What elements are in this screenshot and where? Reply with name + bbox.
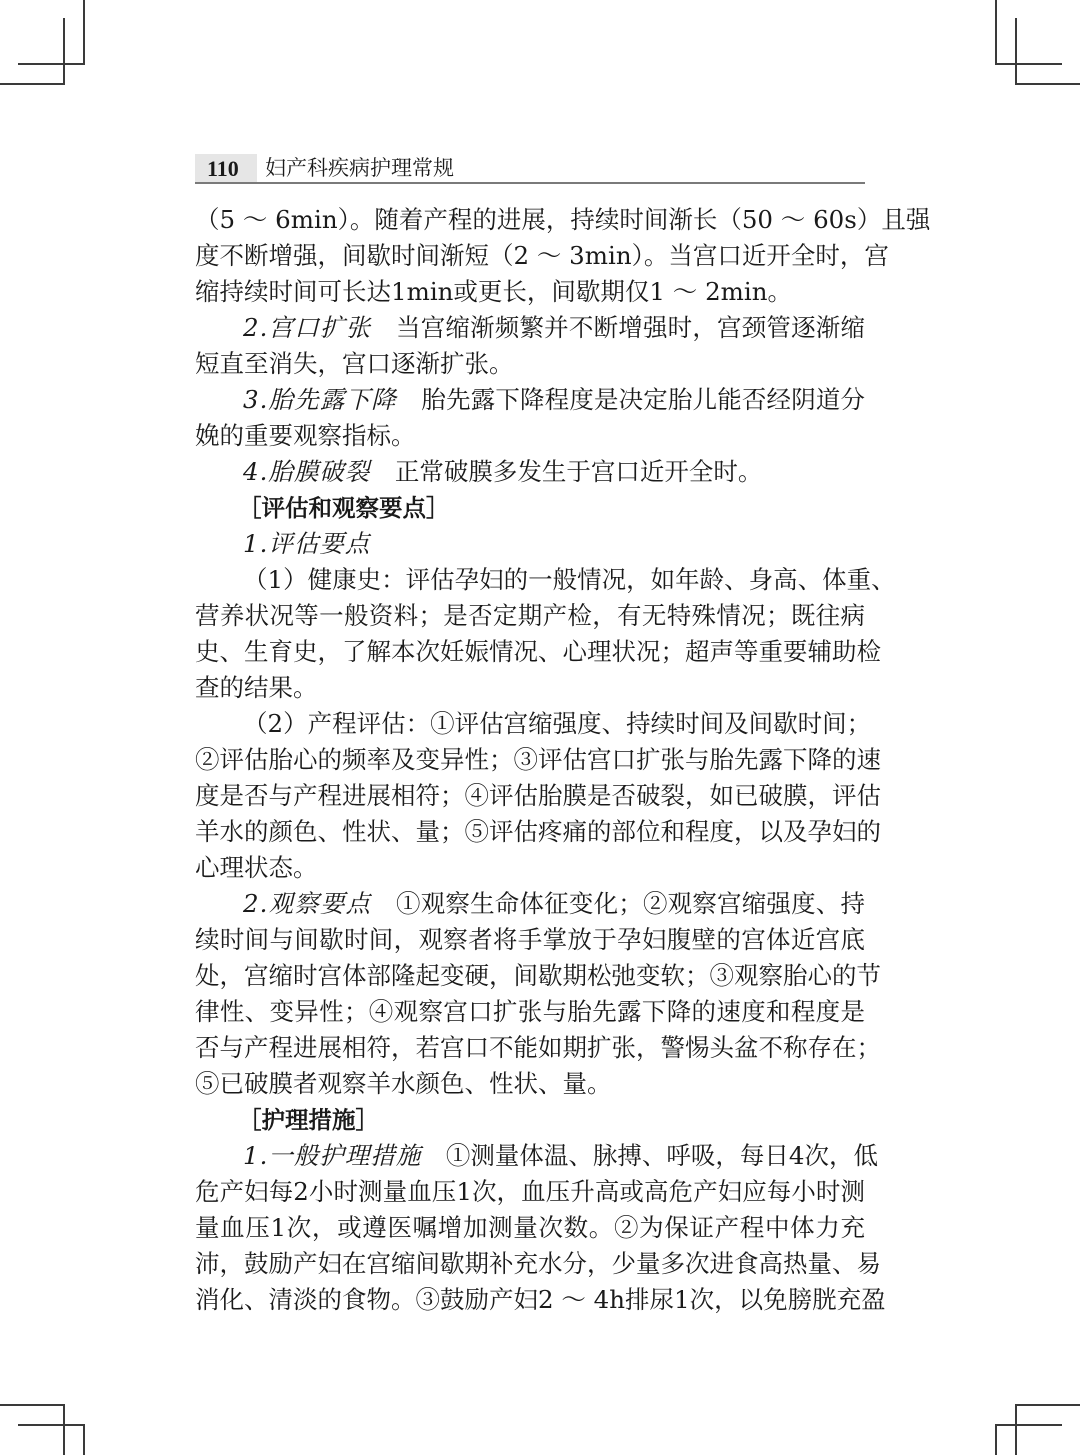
text-line: 2.宫口扩张 当宫缩渐频繁并不断增强时，宫颈管逐渐缩 [243, 310, 865, 346]
subheading-label: 4.胎膜破裂 [243, 457, 370, 486]
text-line: 1.评估要点 [243, 526, 865, 562]
text-line: 量血压1次，或遵医嘱增加测量次数。②为保证产程中体力充 [195, 1210, 865, 1246]
crop-mark [0, 1404, 65, 1406]
crop-mark [18, 63, 85, 65]
text-line: 史、生育史，了解本次妊娠情况、心理状况；超声等重要辅助检 [195, 634, 865, 670]
crop-mark [63, 1404, 65, 1455]
header-rule [195, 182, 865, 184]
running-head: 110 妇产科疾病护理常规 [195, 152, 865, 184]
line-text: 律性、变异性；④观察宫口扩张与胎先露下降的速度和程度是 [195, 997, 865, 1026]
subheading-label: 3.胎先露下降 [243, 385, 397, 414]
line-text: ①观察生命体征变化；②观察宫缩强度、持 [371, 889, 865, 918]
line-text: 短直至消失，宫口逐渐扩张。 [195, 349, 514, 378]
subheading-label: 2.宫口扩张 [243, 313, 371, 342]
line-text: 史、生育史，了解本次妊娠情况、心理状况；超声等重要辅助检 [195, 637, 881, 666]
line-text: （2）产程评估：①评估宫缩强度、持续时间及间歇时间； [243, 709, 871, 738]
text-line: ⑤已破膜者观察羊水颜色、性状、量。 [195, 1066, 865, 1102]
crop-mark [995, 1424, 997, 1455]
line-text: 消化、清淡的食物。③鼓励产妇2 ～ 4h排尿1次，以免膀胱充盈 [195, 1285, 886, 1314]
line-text: 缩持续时间可长达1min或更长，间歇期仅1 ～ 2min。 [195, 277, 792, 306]
text-line: 度是否与产程进展相符；④评估胎膜是否破裂，如已破膜，评估 [195, 778, 865, 814]
line-text: 胎先露下降程度是决定胎儿能否经阴道分 [397, 385, 865, 414]
text-line: （1）健康史：评估孕妇的一般情况，如年龄、身高、体重、 [243, 562, 865, 598]
text-line: 沛，鼓励产妇在宫缩间歇期补充水分，少量多次进食高热量、易 [195, 1246, 865, 1282]
line-text: ⑤已破膜者观察羊水颜色、性状、量。 [195, 1069, 612, 1098]
crop-mark [83, 1424, 85, 1455]
text-line: 消化、清淡的食物。③鼓励产妇2 ～ 4h排尿1次，以免膀胱充盈 [195, 1282, 865, 1318]
crop-mark [18, 1424, 85, 1426]
text-line: （2）产程评估：①评估宫缩强度、持续时间及间歇时间； [243, 706, 865, 742]
line-text: 危产妇每2小时测量血压1次，血压升高或高危产妇应每小时测 [195, 1177, 865, 1206]
text-line: 3.胎先露下降 胎先露下降程度是决定胎儿能否经阴道分 [243, 382, 865, 418]
line-text: 否与产程进展相符，若宫口不能如期扩张，警惕头盆不称存在； [195, 1033, 881, 1062]
line-text: 处，宫缩时宫体部隆起变硬，间歇期松弛变软；③观察胎心的节 [195, 961, 881, 990]
text-line: 心理状态。 [195, 850, 865, 886]
section-heading: ［护理措施］ [238, 1102, 865, 1138]
crop-mark [83, 0, 85, 65]
text-line: 度不断增强，间歇时间渐短（2 ～ 3min）。当宫口近开全时，宫 [195, 238, 865, 274]
line-text: （5 ～ 6min）。随着产程的进展，持续时间渐长（50 ～ 60s）且强 [195, 205, 930, 234]
crop-mark [0, 83, 65, 85]
text-line: 娩的重要观察指标。 [195, 418, 865, 454]
section-heading: ［评估和观察要点］ [238, 490, 865, 526]
text-line: 危产妇每2小时测量血压1次，血压升高或高危产妇应每小时测 [195, 1174, 865, 1210]
text-line: ②评估胎心的频率及变异性；③评估宫口扩张与胎先露下降的速 [195, 742, 865, 778]
line-text: 度是否与产程进展相符；④评估胎膜是否破裂，如已破膜，评估 [195, 781, 881, 810]
text-line: 续时间与间歇时间，观察者将手掌放于孕妇腹壁的宫体近宫底 [195, 922, 865, 958]
text-line: 律性、变异性；④观察宫口扩张与胎先露下降的速度和程度是 [195, 994, 865, 1030]
line-text: （1）健康史：评估孕妇的一般情况，如年龄、身高、体重、 [243, 565, 896, 594]
crop-mark [1015, 83, 1080, 85]
text-line: 1.一般护理措施 ①测量体温、脉搏、呼吸，每日4次，低 [243, 1138, 865, 1174]
crop-mark [995, 0, 997, 65]
crop-mark [63, 18, 65, 85]
line-text: 营养状况等一般资料；是否定期产检，有无特殊情况；既往病 [195, 601, 865, 630]
line-text: ①测量体温、脉搏、呼吸，每日4次，低 [421, 1141, 878, 1170]
section-heading-text: ［护理措施］ [238, 1106, 379, 1134]
section-heading-text: ［评估和观察要点］ [238, 494, 450, 522]
crop-mark [995, 1424, 1062, 1426]
line-text: 心理状态。 [195, 853, 318, 882]
line-text: 羊水的颜色、性状、量；⑤评估疼痛的部位和程度，以及孕妇的 [195, 817, 881, 846]
text-line: （5 ～ 6min）。随着产程的进展，持续时间渐长（50 ～ 60s）且强 [195, 202, 865, 238]
line-text: 度不断增强，间歇时间渐短（2 ～ 3min）。当宫口近开全时，宫 [195, 241, 889, 270]
subheading-label: 1.一般护理措施 [243, 1141, 421, 1170]
line-text: 娩的重要观察指标。 [195, 421, 416, 450]
text-line: 羊水的颜色、性状、量；⑤评估疼痛的部位和程度，以及孕妇的 [195, 814, 865, 850]
crop-mark [1015, 1404, 1080, 1406]
line-text: 沛，鼓励产妇在宫缩间歇期补充水分，少量多次进食高热量、易 [195, 1249, 881, 1278]
line-text: ②评估胎心的频率及变异性；③评估宫口扩张与胎先露下降的速 [195, 745, 881, 774]
text-line: 查的结果。 [195, 670, 865, 706]
text-line: 营养状况等一般资料；是否定期产检，有无特殊情况；既往病 [195, 598, 865, 634]
text-line: 处，宫缩时宫体部隆起变硬，间歇期松弛变软；③观察胎心的节 [195, 958, 865, 994]
subheading-label: 1.评估要点 [243, 529, 370, 558]
line-text: 量血压1次，或遵医嘱增加测量次数。②为保证产程中体力充 [195, 1213, 865, 1242]
line-text: 查的结果。 [195, 673, 318, 702]
line-text: 正常破膜多发生于宫口近开全时。 [370, 457, 762, 486]
crop-mark [1015, 1404, 1017, 1455]
text-line: 短直至消失，宫口逐渐扩张。 [195, 346, 865, 382]
text-line: 否与产程进展相符，若宫口不能如期扩张，警惕头盆不称存在； [195, 1030, 865, 1066]
text-line: 缩持续时间可长达1min或更长，间歇期仅1 ～ 2min。 [195, 274, 865, 310]
text-line: 4.胎膜破裂 正常破膜多发生于宫口近开全时。 [243, 454, 865, 490]
line-text: 当宫缩渐频繁并不断增强时，宫颈管逐渐缩 [371, 313, 865, 342]
crop-mark [995, 63, 1062, 65]
subheading-label: 2.观察要点 [243, 889, 371, 918]
text-line: 2.观察要点 ①观察生命体征变化；②观察宫缩强度、持 [243, 886, 865, 922]
crop-mark [1015, 18, 1017, 85]
book-title: 妇产科疾病护理常规 [265, 154, 454, 183]
line-text: 续时间与间歇时间，观察者将手掌放于孕妇腹壁的宫体近宫底 [195, 925, 865, 954]
page-number: 110 [207, 154, 257, 183]
